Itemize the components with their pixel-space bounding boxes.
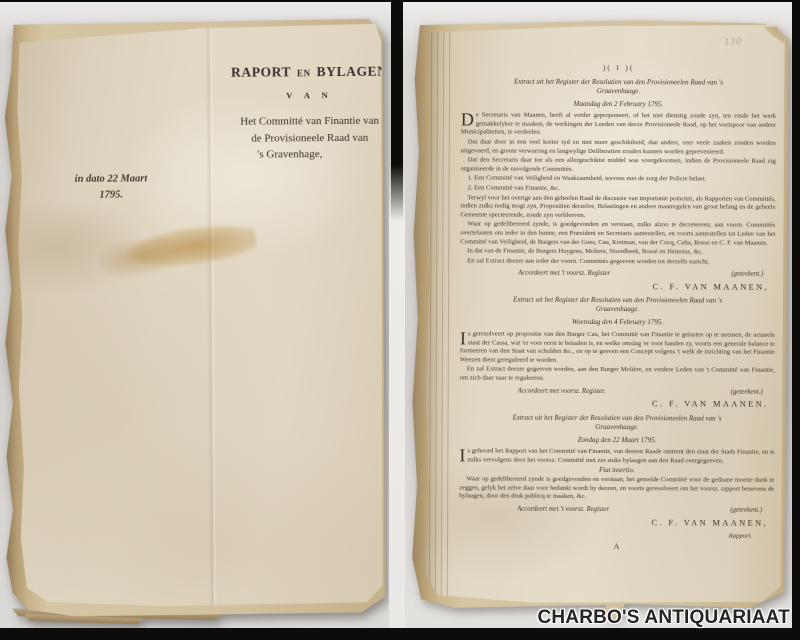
paragraph: Waar op gedelibereerd zynde is goedgevon…	[459, 476, 774, 503]
printed-page: 130 )( 1 )( Extract uit het Register der…	[410, 19, 791, 619]
drop-cap: D	[461, 112, 476, 127]
extract-date: Woensdag den 4 February 1795.	[460, 318, 775, 328]
paragraph: Dat daar door in een veel korter tyd en …	[461, 138, 776, 157]
geteekent-text: (geteekent.)	[731, 271, 763, 280]
paragraph: En zal Extract deezer aan ieder der voor…	[460, 257, 775, 267]
cover-subtitle: Het Committé van Finantie van de Provisi…	[224, 113, 391, 164]
cover-paper: RAPORT en BYLAGEN V A N Het Committé van…	[15, 24, 385, 609]
opening-paragraph: Is geresolveert op propositie van den Bu…	[460, 330, 775, 366]
subtitle-line: 's Gravenhage,	[204, 146, 376, 164]
drop-cap: I	[459, 448, 467, 463]
paragraph-text: s gehoord het Rapport van het Committé v…	[467, 448, 774, 465]
paragraph: En zal Extract deezer gegeeven worden, a…	[460, 366, 775, 385]
accordeert-row: Accordeert met voorsz. Register. (geteek…	[460, 384, 775, 397]
extract-section: Extract uit het Register der Resolutien …	[459, 413, 775, 552]
pamphlet-cover: RAPORT en BYLAGEN V A N Het Committé van…	[2, 19, 388, 618]
signature: C. F. VAN MAANEN,	[459, 518, 774, 528]
paragraph-list: Dat daar door in een veel korter tyd en …	[460, 138, 776, 267]
page-paper: 130 )( 1 )( Extract uit het Register der…	[423, 23, 787, 605]
extract-header: Extract uit het Register der Resolutien …	[499, 77, 737, 96]
page-text: )( 1 )( Extract uit het Register der Res…	[459, 63, 776, 598]
paragraph: Terwyl voor het overige aan den geheelen…	[460, 194, 775, 221]
subtitle-line: de Provisioneele Raad van	[251, 131, 368, 144]
page-number-ornament: )( 1 )(	[461, 63, 776, 73]
accordeert-row: Accordeert met 't voorsz. Register (gete…	[460, 267, 775, 280]
extract-section: Extract uit het Register der Resolutien …	[460, 77, 776, 292]
cover-van: V A N	[223, 90, 391, 101]
right-photo: 130 )( 1 )( Extract uit het Register der…	[403, 2, 792, 628]
paragraph: In dat van de Finantie, de Burgers Huyge…	[460, 247, 775, 257]
extract-header: Extract uit het Register der Resolutien …	[498, 413, 736, 432]
signature: C. F. VAN MAANEN.	[460, 400, 775, 410]
paragraph-list: En zal Extract deezer gegeeven worden, a…	[460, 366, 775, 385]
handwritten-mark: 130	[724, 36, 743, 48]
catchword: Rapport.	[459, 532, 774, 542]
fiat-insertio: Fiat insertio.	[459, 466, 774, 476]
date-line: in dato 22 Maart	[75, 173, 148, 185]
paragraph: 1. Een Committé van Veiligheid en Waakza…	[461, 175, 776, 185]
paragraph: Waar op gedelibereerd zynde, is goedgevo…	[460, 221, 775, 248]
paragraph-text: e Secretaris van Maanen, heeft al verder…	[461, 112, 776, 136]
geteekent-text: (geteekent.)	[731, 388, 763, 397]
accordeert-row: Accordeert met 't voorsz. Register (gete…	[459, 502, 774, 515]
corner-fold	[758, 27, 784, 47]
signature-mark: A	[459, 542, 774, 552]
paragraph: Dat den Secretaris daar toe als een alle…	[461, 157, 776, 176]
photo-divider	[389, 165, 405, 628]
signature: C. F. VAN MAANEN,	[460, 282, 775, 292]
watermark: CHARBO'S ANTIQUARIAAT	[537, 607, 790, 629]
stain	[96, 215, 259, 281]
extract-header: Extract uit het Register der Resolutien …	[499, 296, 737, 315]
title-block: RAPORT en BYLAGEN V A N Het Committé van…	[223, 64, 391, 164]
left-photo: RAPORT en BYLAGEN V A N Het Committé van…	[0, 2, 391, 628]
geteekent-text: (geteekent.)	[730, 507, 762, 516]
extract-section: Extract uit het Register der Resolutien …	[460, 296, 775, 410]
accordeert-text: Accordeert met voorsz. Register.	[518, 387, 606, 396]
date-year: 1795.	[99, 190, 123, 201]
fold-crease	[205, 25, 217, 607]
opening-paragraph: De Secretaris van Maanen, heeft al verde…	[461, 112, 776, 139]
cover-title: RAPORT en BYLAGEN	[223, 64, 391, 81]
paragraph: 2. Een Committé van Finantie, &c.	[461, 184, 776, 194]
subtitle-line: Het Committé van Finantie van	[240, 115, 379, 128]
photo-collage: RAPORT en BYLAGEN V A N Het Committé van…	[0, 0, 800, 640]
accordeert-text: Accordeert met 't voorsz. Register	[517, 506, 609, 515]
cover-date: in dato 22 Maart 1795.	[46, 171, 176, 204]
accordeert-text: Accordeert met 't voorsz. Register	[518, 270, 610, 279]
opening-paragraph: Is gehoord het Rapport van het Committé …	[459, 448, 774, 467]
paragraph-text: s geresolveert op propositie van den Bur…	[460, 330, 775, 363]
extract-date: Zondag den 22 Maart 1795.	[459, 435, 774, 445]
paragraph-list: Waar op gedelibereerd zynde is goedgevon…	[459, 476, 774, 503]
extract-date: Maandag den 2 February 1795.	[461, 99, 776, 109]
drop-cap: I	[460, 330, 468, 345]
